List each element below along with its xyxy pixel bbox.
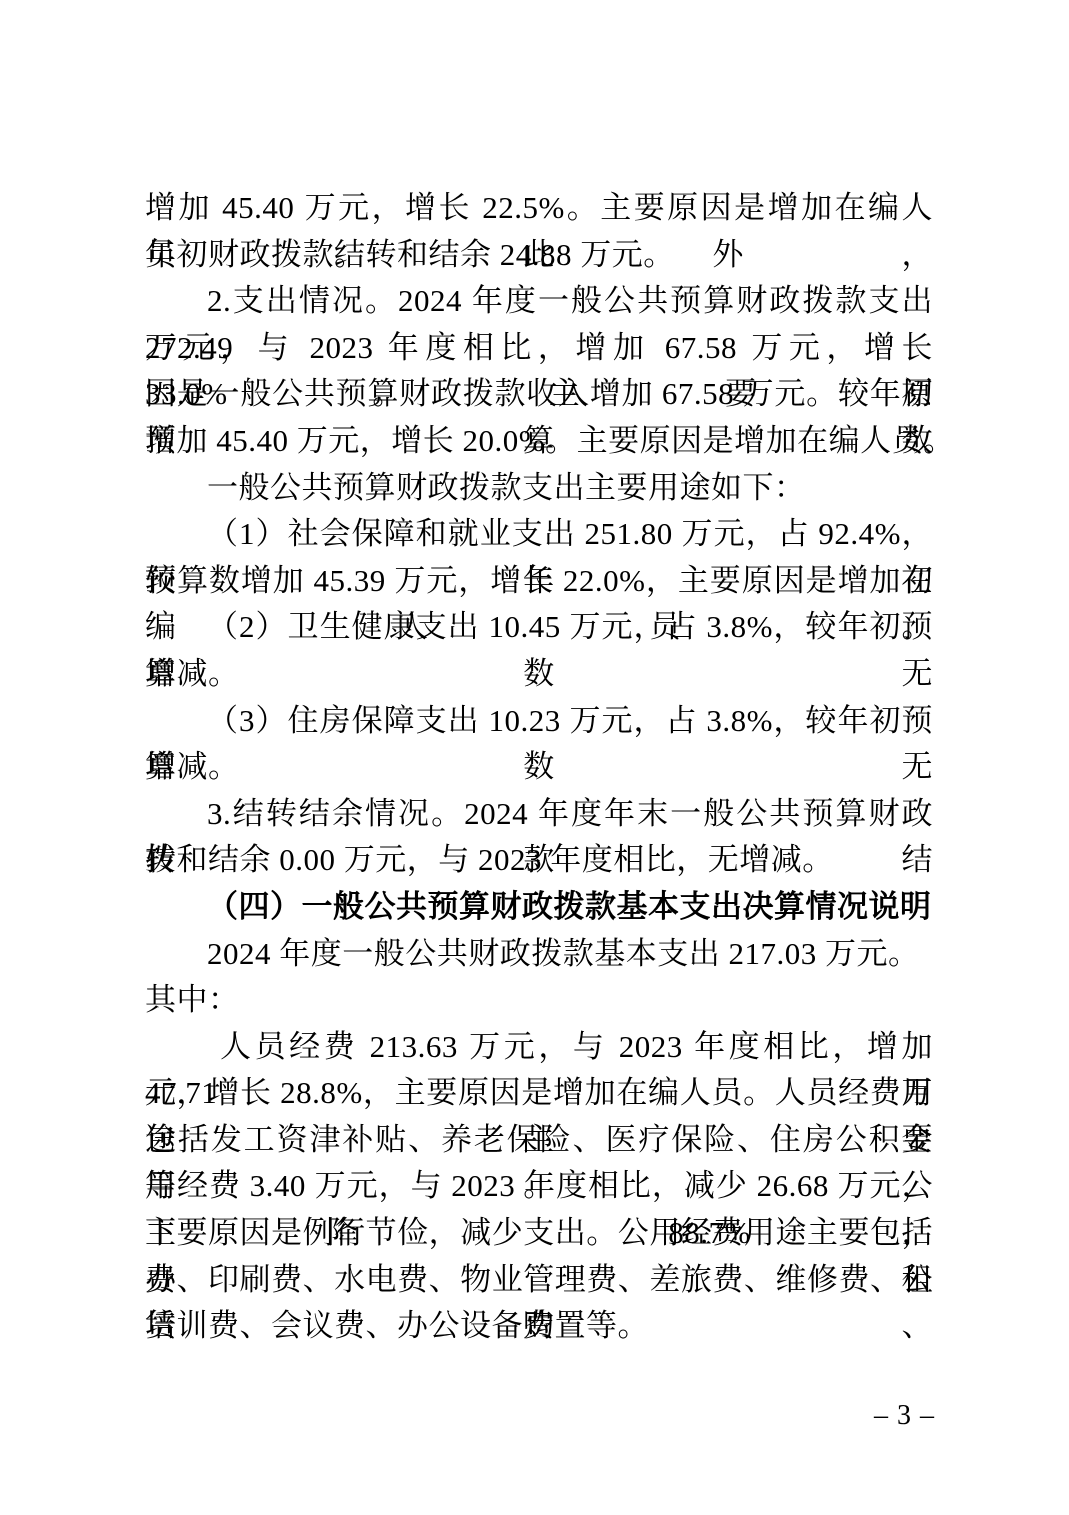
paragraph-line: 用经费 3.40 万元，与 2023 年度相比，减少 26.68 万元，下降 8…	[145, 1163, 933, 1210]
paragraph-line: 转和结余 0.00 万元，与 2023 年度相比，无增减。	[145, 837, 933, 884]
paragraph-line: 增加 45.40 万元，增长 20.0%。主要原因是增加在编人员。	[145, 418, 933, 465]
paragraph-line: 其中：	[145, 977, 933, 1024]
paragraph-line: 人员经费 213.63 万元，与 2023 年度相比，增加 47.71 万	[145, 1024, 933, 1071]
paragraph-line: 2024 年度一般公共财政拨款基本支出 217.03 万元。	[145, 931, 933, 978]
paragraph-line: 3.结转结余情况。2024 年度年末一般公共预算财政拨款结	[145, 791, 933, 838]
section-heading: （四）一般公共预算财政拨款基本支出决算情况说明	[145, 884, 933, 931]
page-number: – 3 –	[874, 1400, 935, 1432]
paragraph-line: 增加 45.40 万元，增长 22.5%。主要原因是增加在编人员。此外，	[145, 185, 933, 232]
paragraph-line: 元，增长 28.8%，主要原因是增加在编人员。人员经费用途主要	[145, 1070, 933, 1117]
paragraph-line: （2）卫生健康支出 10.45 万元，占 3.8%，较年初预算数无	[145, 604, 933, 651]
paragraph-line: 2.支出情况。2024 年度一般公共预算财政拨款支出 272.49	[145, 278, 933, 325]
paragraph-line: 费、印刷费、水电费、物业管理费、差旅费、维修费、租赁费、	[145, 1257, 933, 1304]
document-body: 增加 45.40 万元，增长 22.5%。主要原因是增加在编人员。此外， 年初财…	[145, 185, 933, 1350]
paragraph-line: 预算数增加 45.39 万元，增长 22.0%，主要原因是增加在编人员。	[145, 558, 933, 605]
paragraph-line: 万元，与 2023 年度相比，增加 67.58 万元，增长 33.0%。主要原	[145, 325, 933, 372]
paragraph-line: （1）社会保障和就业支出 251.80 万元，占 92.4%，较年初	[145, 511, 933, 558]
paragraph-line: 一般公共预算财政拨款支出主要用途如下：	[145, 465, 933, 512]
paragraph-line: 因是一般公共预算财政拨款收入增加 67.58 万元。较年初预算数	[145, 371, 933, 418]
paragraph-line: 主要原因是例行节俭，减少支出。公用经费用途主要包括办公	[145, 1210, 933, 1257]
document-page: 增加 45.40 万元，增长 22.5%。主要原因是增加在编人员。此外， 年初财…	[0, 0, 1069, 1515]
paragraph-line: 包括发工资津补贴、养老保险、医疗保险、住房公积金等。公	[145, 1117, 933, 1164]
paragraph-line: （3）住房保障支出 10.23 万元，占 3.8%，较年初预算数无	[145, 698, 933, 745]
